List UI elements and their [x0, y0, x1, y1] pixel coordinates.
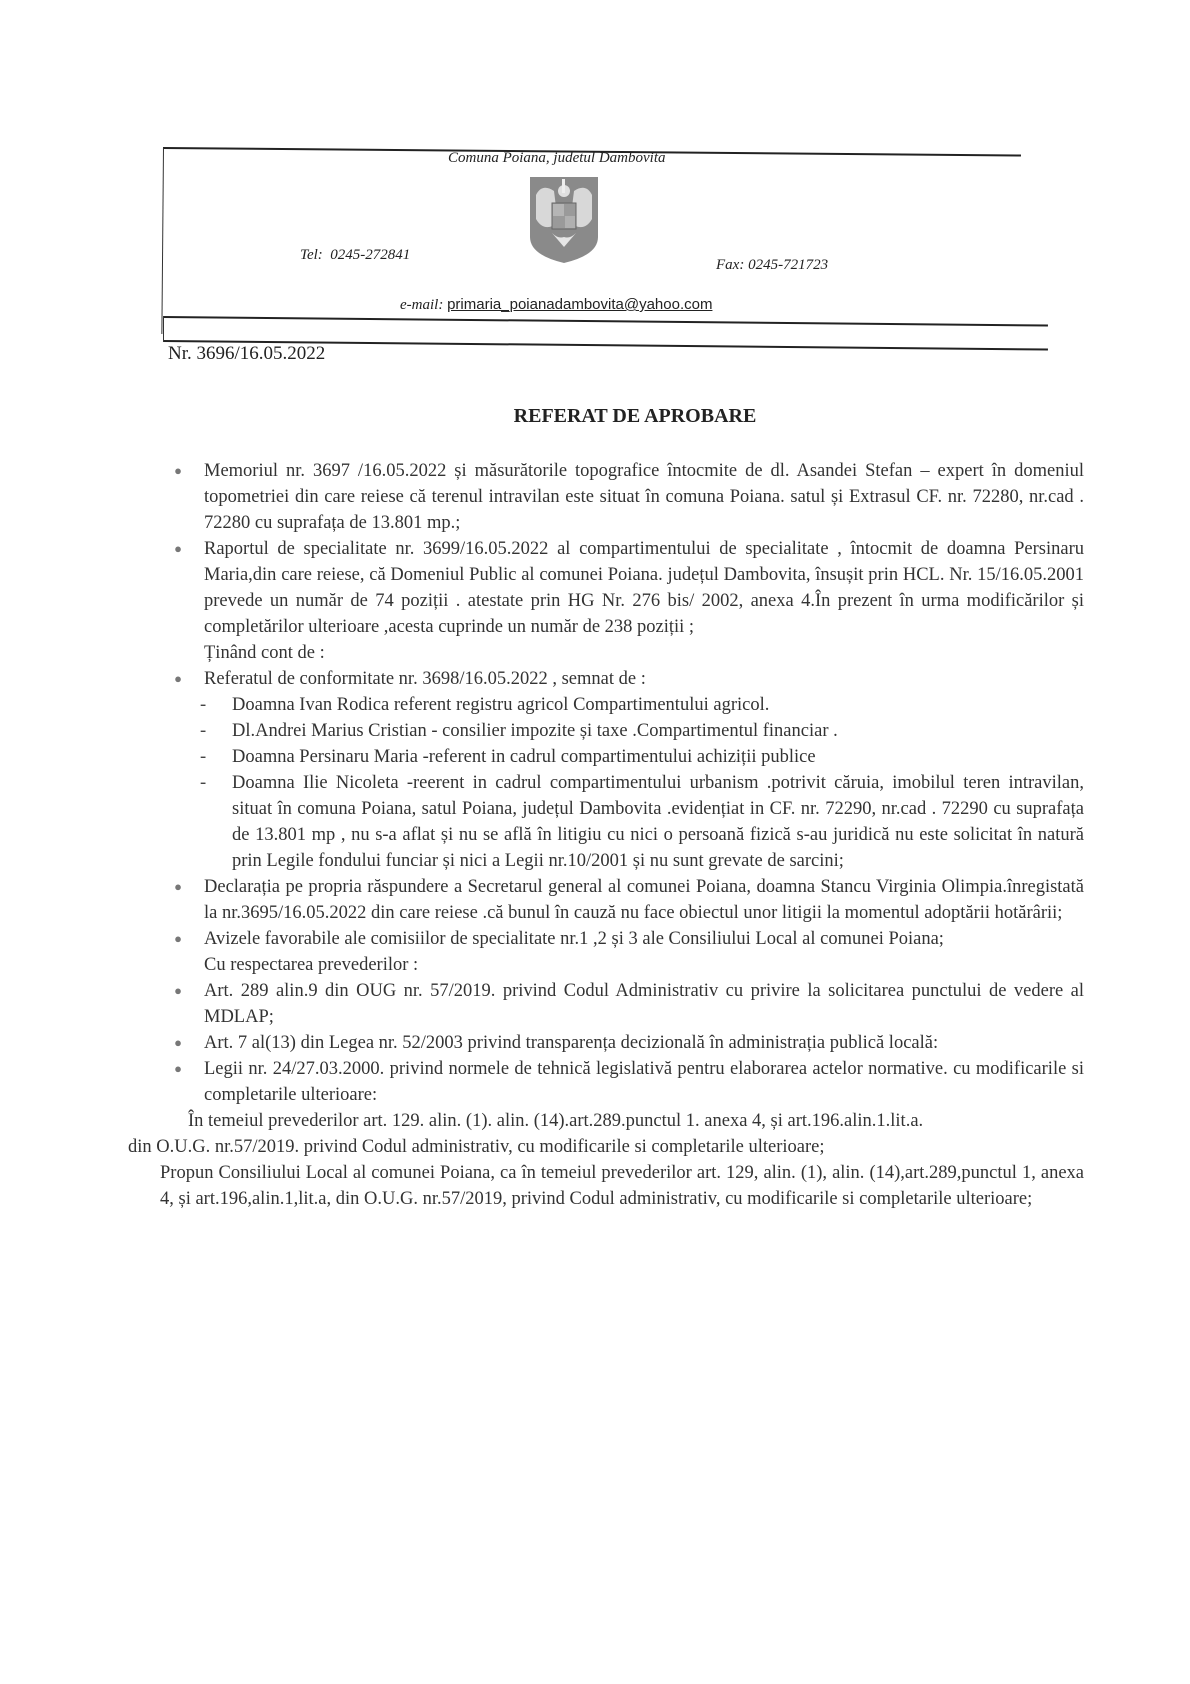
signatory-item: -Doamna Ivan Rodica referent registru ag… [172, 692, 1084, 718]
bullet-icon: ● [172, 874, 184, 900]
signatory-item: -Dl.Andrei Marius Cristian - consilier i… [172, 718, 1084, 744]
telephone: Tel: 0245-272841 [300, 247, 410, 264]
list-item: ●Legii nr. 24/27.03.2000. privind normel… [172, 1056, 1084, 1108]
tel-label: Tel: [300, 247, 323, 263]
legal-basis-line-2: din O.U.G. nr.57/2019. privind Codul adm… [128, 1134, 1084, 1160]
romania-coat-of-arms-icon [528, 175, 600, 265]
list-item: ●Art. 7 al(13) din Legea nr. 52/2003 pri… [172, 1030, 1084, 1056]
email: e-mail: primaria_poianadambovita@yahoo.c… [400, 296, 712, 314]
bullet-icon: ● [172, 458, 184, 484]
bullet-icon: ● [172, 536, 184, 562]
list-item: ●Memoriul nr. 3697 /16.05.2022 și măsură… [172, 458, 1084, 536]
signatory-item: -Doamna Ilie Nicoleta -reerent in cadrul… [172, 770, 1084, 874]
bullet-icon: ● [172, 666, 184, 692]
legal-basis-line-1: În temeiul prevederilor art. 129. alin. … [172, 1108, 1084, 1134]
list-item: ●Referatul de conformitate nr. 3698/16.0… [172, 666, 1084, 692]
fax-label: Fax: [716, 257, 744, 273]
document-title: REFERAT DE APROBARE [0, 405, 1190, 428]
fax: Fax: 0245-721723 [716, 257, 828, 274]
dash-icon: - [200, 718, 206, 744]
email-link[interactable]: primaria_poianadambovita@yahoo.com [447, 296, 712, 313]
proposal-paragraph: Propun Consiliului Local al comunei Poia… [160, 1160, 1084, 1212]
dash-icon: - [200, 744, 206, 770]
list-item: ●Raportul de specialitate nr. 3699/16.05… [172, 536, 1084, 640]
dash-icon: - [200, 692, 206, 718]
section-intro: Cu respectarea prevederilor : [172, 952, 1084, 978]
signatory-item: -Doamna Persinaru Maria -referent in cad… [172, 744, 1084, 770]
letterhead-left-border [163, 316, 164, 342]
bullet-icon: ● [172, 1056, 184, 1082]
bullet-icon: ● [172, 926, 184, 952]
institution-name: Comuna Poiana, judetul Dambovita [448, 150, 666, 167]
list-item: ●Art. 289 alin.9 din OUG nr. 57/2019. pr… [172, 978, 1084, 1030]
list-item: ●Avizele favorabile ale comisiilor de sp… [172, 926, 1084, 952]
document-body: ●Memoriul nr. 3697 /16.05.2022 și măsură… [172, 458, 1084, 1212]
tel-number: 0245-272841 [330, 247, 410, 263]
list-item: ●Declarația pe propria răspundere a Secr… [172, 874, 1084, 926]
section-intro: Ținând cont de : [172, 640, 1084, 666]
bullet-icon: ● [172, 1030, 184, 1056]
bullet-icon: ● [172, 978, 184, 1004]
fax-number: 0245-721723 [748, 257, 828, 273]
email-label: e-mail: [400, 297, 443, 313]
dash-icon: - [200, 770, 206, 796]
document-number: Nr. 3696/16.05.2022 [168, 343, 325, 365]
